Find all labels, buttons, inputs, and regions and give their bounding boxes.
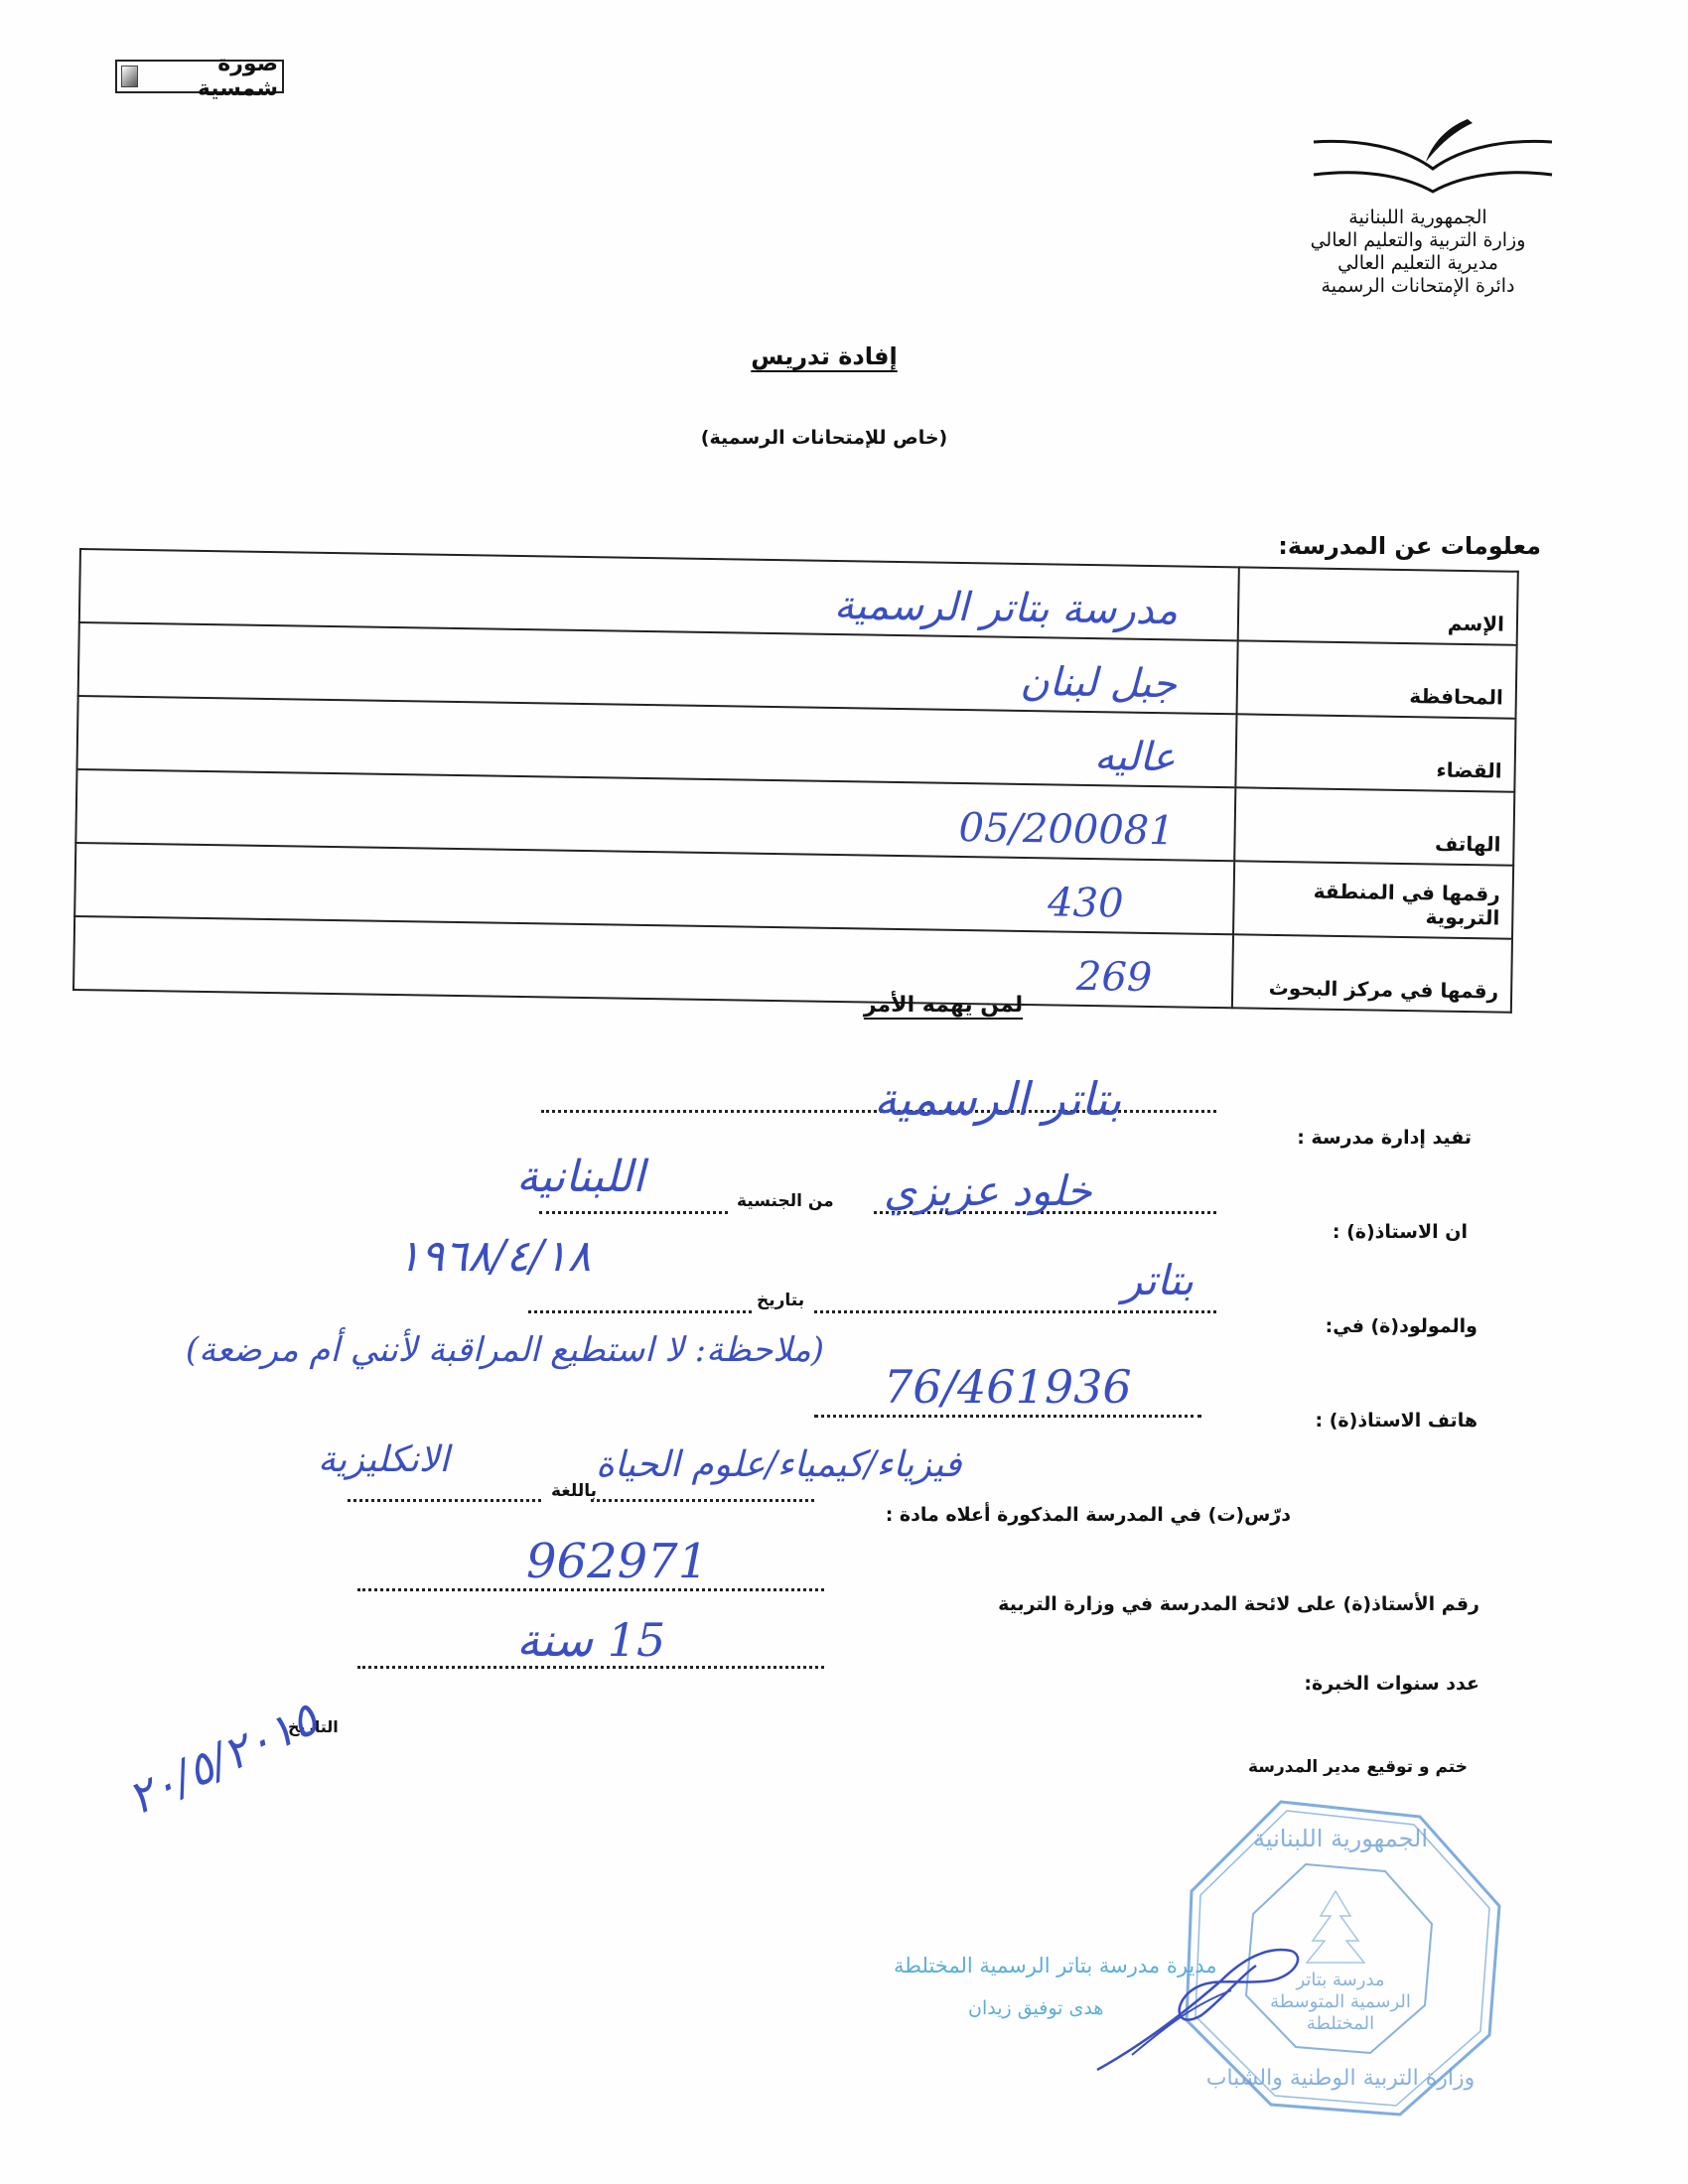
- phone-note-handwritten[interactable]: (ملاحظة: لا استطيع المراقبة لأنني أم مرض…: [30, 1320, 824, 1380]
- teacher-name-value[interactable]: خلود عزيزي: [884, 1166, 1092, 1215]
- teacher-phone-value[interactable]: 76/461936: [884, 1360, 1132, 1414]
- row-label: رقمها في المنطقة التربوية: [1233, 861, 1513, 938]
- school-info-table: الإسم مدرسة بتاتر الرسمية المحافظة جبل ل…: [72, 548, 1519, 1014]
- date-value[interactable]: ٢٠/٥/٢٠١٥: [119, 1692, 326, 1826]
- teacher-phone-label: هاتف الاستاذ(ة) :: [1316, 1410, 1477, 1432]
- school-admin-label: تفيد إدارة مدرسة :: [1297, 1127, 1472, 1149]
- teacher-label: ان الاستاذ(ة) :: [1333, 1221, 1468, 1243]
- ministry-line-4: دائرة الإمتحانات الرسمية: [1279, 275, 1557, 298]
- school-info-heading: معلومات عن المدرسة:: [1278, 532, 1541, 560]
- birth-date-value[interactable]: ١٩٦٨/٤/١٨: [397, 1231, 591, 1282]
- language-dotted-line: [348, 1499, 541, 1502]
- row-label: القضاء: [1235, 714, 1515, 791]
- school-admin-value[interactable]: بتاتر الرسمية: [874, 1072, 1121, 1126]
- language-value[interactable]: الانكليزية: [318, 1439, 449, 1480]
- row-label: الهاتف: [1234, 787, 1514, 865]
- birth-date-label: بتاريخ: [757, 1291, 804, 1310]
- ministry-line-2: وزارة التربية والتعليم العالي: [1279, 229, 1557, 252]
- teacher-number-label: رقم الأستاذ(ة) على لائحة المدرسة في وزار…: [998, 1593, 1479, 1615]
- nationality-dotted-line: [539, 1211, 728, 1214]
- birth-date-dotted-line: [528, 1310, 752, 1313]
- teacher-number-value[interactable]: 962971: [526, 1534, 708, 1589]
- document-title: إفادة تدريس: [0, 342, 1648, 370]
- teacher-phone-dotted-line: [814, 1415, 1201, 1418]
- row-label: المحافظة: [1237, 640, 1517, 718]
- experience-label: عدد سنوات الخبرة:: [1304, 1673, 1479, 1695]
- nationality-label: من الجنسية: [737, 1191, 834, 1211]
- row-label: الإسم: [1238, 567, 1518, 644]
- principal-name: هدى توفيق زيدان: [968, 1997, 1103, 2019]
- subject-label: درّس(ت) في المدرسة المذكورة أعلاه مادة :: [886, 1504, 1291, 1526]
- to-whom-heading: لمن يهمه الأمر: [0, 993, 1589, 1018]
- document-subtitle: (خاص للإمتحانات الرسمية): [0, 427, 1648, 449]
- experience-value[interactable]: 15 سنة: [516, 1613, 665, 1667]
- ministry-line-1: الجمهورية اللبنانية: [1279, 206, 1557, 229]
- ministry-line-3: مديرية التعليم العالي: [1279, 252, 1557, 275]
- subject-value[interactable]: فيزياء/كيمياء/علوم الحياة: [596, 1444, 961, 1485]
- photo-placeholder-box: صورة شمسية: [115, 60, 284, 93]
- ministry-header: الجمهورية اللبنانية وزارة التربية والتعل…: [1279, 206, 1557, 298]
- image-icon: [121, 66, 138, 87]
- svg-text:الجمهورية اللبنانية: الجمهورية اللبنانية: [1253, 1825, 1428, 1852]
- svg-text:المختلطة: المختلطة: [1307, 2013, 1374, 2034]
- birth-place-value[interactable]: بتاتر: [1122, 1256, 1194, 1304]
- language-label: باللغة: [551, 1481, 597, 1501]
- birth-place-dotted-line: [814, 1310, 1216, 1313]
- book-quill-logo-icon: [1309, 117, 1557, 197]
- signature-icon: [1092, 1936, 1311, 2075]
- nationality-value[interactable]: اللبنانية: [516, 1152, 644, 1202]
- photo-caption: صورة شمسية: [140, 52, 278, 101]
- subject-dotted-line: [591, 1499, 814, 1502]
- birth-place-label: والمولود(ة) في:: [1326, 1315, 1477, 1337]
- stamp-signature-label: ختم و توقيع مدير المدرسة: [1248, 1757, 1468, 1777]
